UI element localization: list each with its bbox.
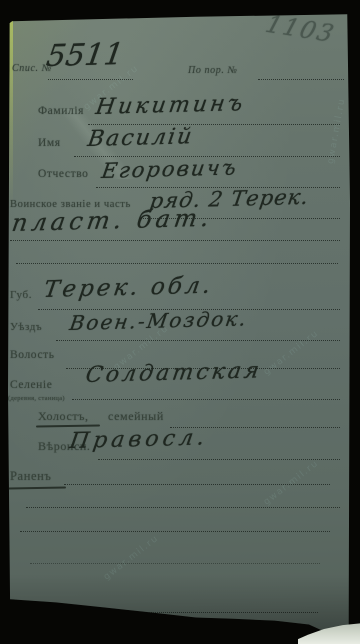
settlement-value: Солдатская bbox=[84, 358, 264, 388]
marital-single-underline bbox=[36, 424, 100, 427]
province-label: Губ. bbox=[10, 289, 32, 301]
blank-line bbox=[16, 263, 338, 264]
settlement-label: Селеніе bbox=[10, 379, 52, 391]
uyezd-line bbox=[56, 340, 340, 341]
settlement-line bbox=[72, 399, 340, 400]
surname-value: Никитинъ bbox=[94, 91, 247, 120]
wounded-label: Раненъ bbox=[10, 469, 52, 484]
province-value: Терек. обл. bbox=[42, 273, 215, 303]
uyezd-value: Воен.-Моздок. bbox=[68, 306, 250, 335]
rank-unit-value-line2: пласт. бат. bbox=[10, 204, 215, 237]
wounded-underline bbox=[8, 486, 66, 489]
surname-label: Фамилія bbox=[38, 105, 84, 117]
list-number-value: 5511 bbox=[44, 37, 126, 74]
photo-background: gwar.mil.ru gwar.mil.ru gwar.mil.ru gwar… bbox=[0, 0, 360, 644]
blank-line bbox=[30, 563, 320, 564]
order-number-line bbox=[258, 79, 344, 80]
surname-line bbox=[88, 124, 340, 125]
list-number-line bbox=[48, 79, 133, 80]
record-card: gwar.mil.ru gwar.mil.ru gwar.mil.ru gwar… bbox=[8, 13, 350, 644]
uyezd-label: Уѣздъ bbox=[10, 321, 42, 333]
marital-single-label: Холостъ, bbox=[38, 409, 89, 424]
blank-line bbox=[20, 531, 330, 532]
corner-number: 1103 bbox=[262, 10, 338, 48]
patronymic-value: Егоровичъ bbox=[100, 155, 240, 183]
order-number-label: По пор. № bbox=[188, 65, 238, 76]
first-name-value: Василій bbox=[86, 124, 195, 152]
paper-edge-highlight bbox=[8, 19, 13, 209]
first-name-label: Имя bbox=[38, 137, 61, 149]
volost-label: Волость bbox=[10, 349, 55, 361]
watermark-text: gwar.mil.ru bbox=[326, 97, 347, 165]
watermark-text: gwar.mil.ru bbox=[262, 458, 321, 507]
religion-line bbox=[98, 459, 340, 460]
patronymic-label: Отчество bbox=[38, 168, 89, 180]
wounded-line bbox=[64, 484, 330, 485]
rank-unit-line2 bbox=[10, 240, 340, 241]
blank-line bbox=[26, 507, 340, 508]
religion-value: Правосл. bbox=[68, 425, 210, 454]
paper-bottom-shadow bbox=[8, 574, 350, 644]
settlement-sublabel: (деревня, станица) bbox=[8, 395, 65, 402]
marital-family-label: семейный bbox=[108, 409, 164, 424]
watermark-text: gwar.mil.ru bbox=[262, 328, 321, 377]
